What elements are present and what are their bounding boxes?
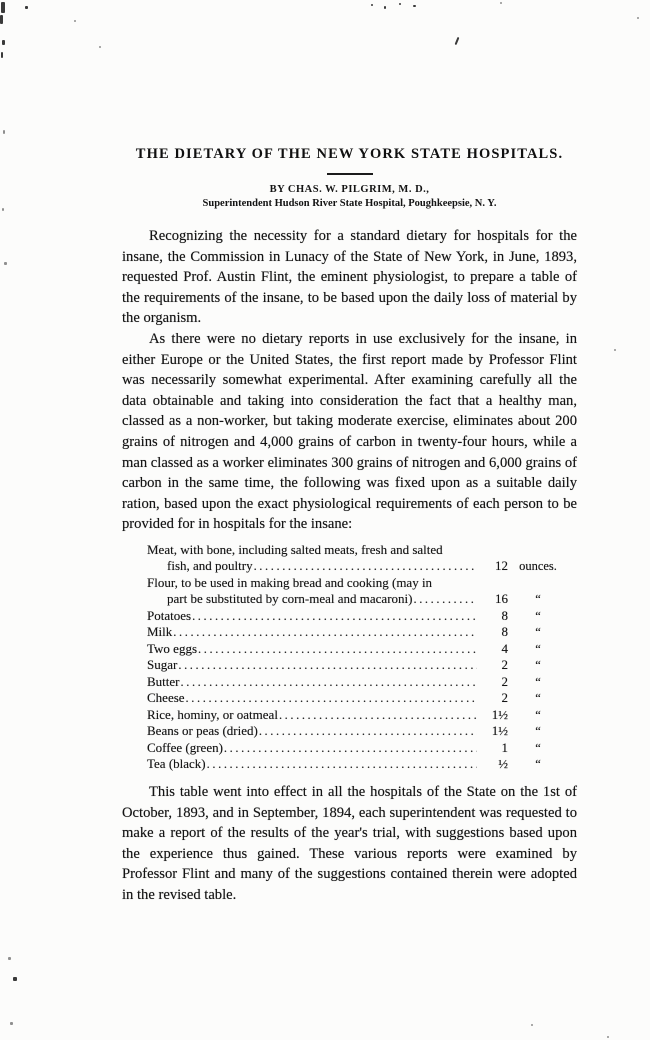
ration-amount: ½ bbox=[478, 756, 508, 773]
scan-speck bbox=[4, 262, 7, 265]
dotted-leader bbox=[224, 740, 477, 757]
ration-unit: “ bbox=[508, 674, 568, 691]
scan-speck bbox=[1, 2, 5, 13]
paragraph-flint-report: As there were no dietary reports in use … bbox=[122, 329, 577, 535]
ration-item-label: Tea (black) bbox=[147, 756, 206, 773]
ration-amount: 1½ bbox=[478, 707, 508, 724]
ration-item: Beans or peas (dried) 1½ “ bbox=[147, 723, 568, 740]
ration-amount: 8 bbox=[478, 624, 508, 641]
scan-speck bbox=[13, 977, 17, 981]
scan-speck bbox=[99, 46, 101, 48]
ration-item-label: Sugar bbox=[147, 657, 177, 674]
ration-item: Rice, hominy, or oatmeal 1½ “ bbox=[147, 707, 568, 724]
ration-item-label: part be substituted by corn-meal and mac… bbox=[167, 591, 412, 608]
dotted-leader bbox=[279, 707, 477, 724]
article-content: THE DIETARY OF THE NEW YORK STATE HOSPIT… bbox=[122, 146, 577, 905]
ration-unit: “ bbox=[508, 657, 568, 674]
scan-speck bbox=[0, 15, 3, 24]
scan-speck bbox=[74, 20, 76, 22]
scan-speck bbox=[607, 1036, 609, 1038]
scan-speck bbox=[2, 40, 5, 45]
dotted-leader bbox=[192, 608, 477, 625]
scanned-page: THE DIETARY OF THE NEW YORK STATE HOSPIT… bbox=[0, 0, 650, 1040]
ration-amount: 2 bbox=[478, 690, 508, 707]
ration-item-label-line1: Meat, with bone, including salted meats,… bbox=[147, 542, 568, 559]
affiliation: Superintendent Hudson River State Hospit… bbox=[122, 198, 577, 210]
ration-item: Cheese 2 “ bbox=[147, 690, 568, 707]
scan-speck bbox=[531, 1024, 533, 1026]
scan-speck bbox=[1, 52, 3, 58]
scan-speck bbox=[455, 37, 460, 45]
ration-amount: 1 bbox=[478, 740, 508, 757]
ration-item-label: fish, and poultry bbox=[167, 558, 253, 575]
ration-item: Two eggs 4 “ bbox=[147, 641, 568, 658]
paragraph-conclusion: This table went into effect in all the h… bbox=[122, 782, 577, 906]
ration-item-label: Coffee (green) bbox=[147, 740, 223, 757]
ration-amount: 12 bbox=[478, 558, 508, 575]
ration-amount: 16 bbox=[478, 591, 508, 608]
dotted-leader bbox=[186, 690, 477, 707]
scan-speck bbox=[413, 5, 416, 7]
scan-speck bbox=[500, 2, 502, 4]
title-rule bbox=[327, 173, 373, 175]
ration-item-label: Beans or peas (dried) bbox=[147, 723, 258, 740]
ration-item-label: Cheese bbox=[147, 690, 185, 707]
dotted-leader bbox=[173, 624, 477, 641]
ration-unit: “ bbox=[508, 756, 568, 773]
ration-amount: 1½ bbox=[478, 723, 508, 740]
ration-item: Coffee (green) 1 “ bbox=[147, 740, 568, 757]
ration-item-label: Two eggs bbox=[147, 641, 197, 658]
ration-unit: “ bbox=[508, 740, 568, 757]
dotted-leader bbox=[181, 674, 478, 691]
byline: BY CHAS. W. PILGRIM, M. D., bbox=[122, 184, 577, 196]
ration-amount: 2 bbox=[478, 657, 508, 674]
scan-speck bbox=[371, 4, 373, 6]
ration-unit: “ bbox=[508, 591, 568, 608]
scan-speck bbox=[25, 6, 28, 9]
dotted-leader bbox=[259, 723, 477, 740]
ration-unit: “ bbox=[508, 624, 568, 641]
scan-speck bbox=[8, 957, 11, 960]
dotted-leader bbox=[198, 641, 477, 658]
dotted-leader bbox=[207, 756, 477, 773]
scan-speck bbox=[637, 17, 639, 19]
scan-speck bbox=[614, 349, 616, 351]
ration-unit: “ bbox=[508, 641, 568, 658]
scan-speck bbox=[384, 6, 386, 9]
ration-item-label: Milk bbox=[147, 624, 172, 641]
ration-item-label: Potatoes bbox=[147, 608, 191, 625]
dotted-leader bbox=[178, 657, 477, 674]
ration-amount: 4 bbox=[478, 641, 508, 658]
ration-unit: “ bbox=[508, 690, 568, 707]
scan-speck bbox=[2, 208, 4, 211]
ration-unit: “ bbox=[508, 608, 568, 625]
ration-item-label-line1: Flour, to be used in making bread and co… bbox=[147, 575, 568, 592]
ration-table: Meat, with bone, including salted meats,… bbox=[147, 542, 568, 773]
scan-speck bbox=[3, 130, 5, 134]
ration-item: Potatoes 8 “ bbox=[147, 608, 568, 625]
ration-unit: ounces. bbox=[508, 558, 568, 575]
paragraph-intro: Recognizing the necessity for a standard… bbox=[122, 226, 577, 329]
ration-item: Flour, to be used in making bread and co… bbox=[147, 575, 568, 608]
ration-amount: 8 bbox=[478, 608, 508, 625]
ration-item-label: Butter bbox=[147, 674, 180, 691]
ration-item: Milk 8 “ bbox=[147, 624, 568, 641]
ration-unit: “ bbox=[508, 707, 568, 724]
ration-amount: 2 bbox=[478, 674, 508, 691]
ration-item: Tea (black) ½ “ bbox=[147, 756, 568, 773]
dotted-leader bbox=[413, 591, 477, 608]
ration-unit: “ bbox=[508, 723, 568, 740]
scan-speck bbox=[10, 1022, 13, 1025]
ration-item: Meat, with bone, including salted meats,… bbox=[147, 542, 568, 575]
scan-speck bbox=[399, 3, 401, 5]
article-title: THE DIETARY OF THE NEW YORK STATE HOSPIT… bbox=[122, 146, 577, 162]
ration-item-label: Rice, hominy, or oatmeal bbox=[147, 707, 278, 724]
ration-item: Butter 2 “ bbox=[147, 674, 568, 691]
dotted-leader bbox=[254, 558, 477, 575]
ration-item: Sugar 2 “ bbox=[147, 657, 568, 674]
